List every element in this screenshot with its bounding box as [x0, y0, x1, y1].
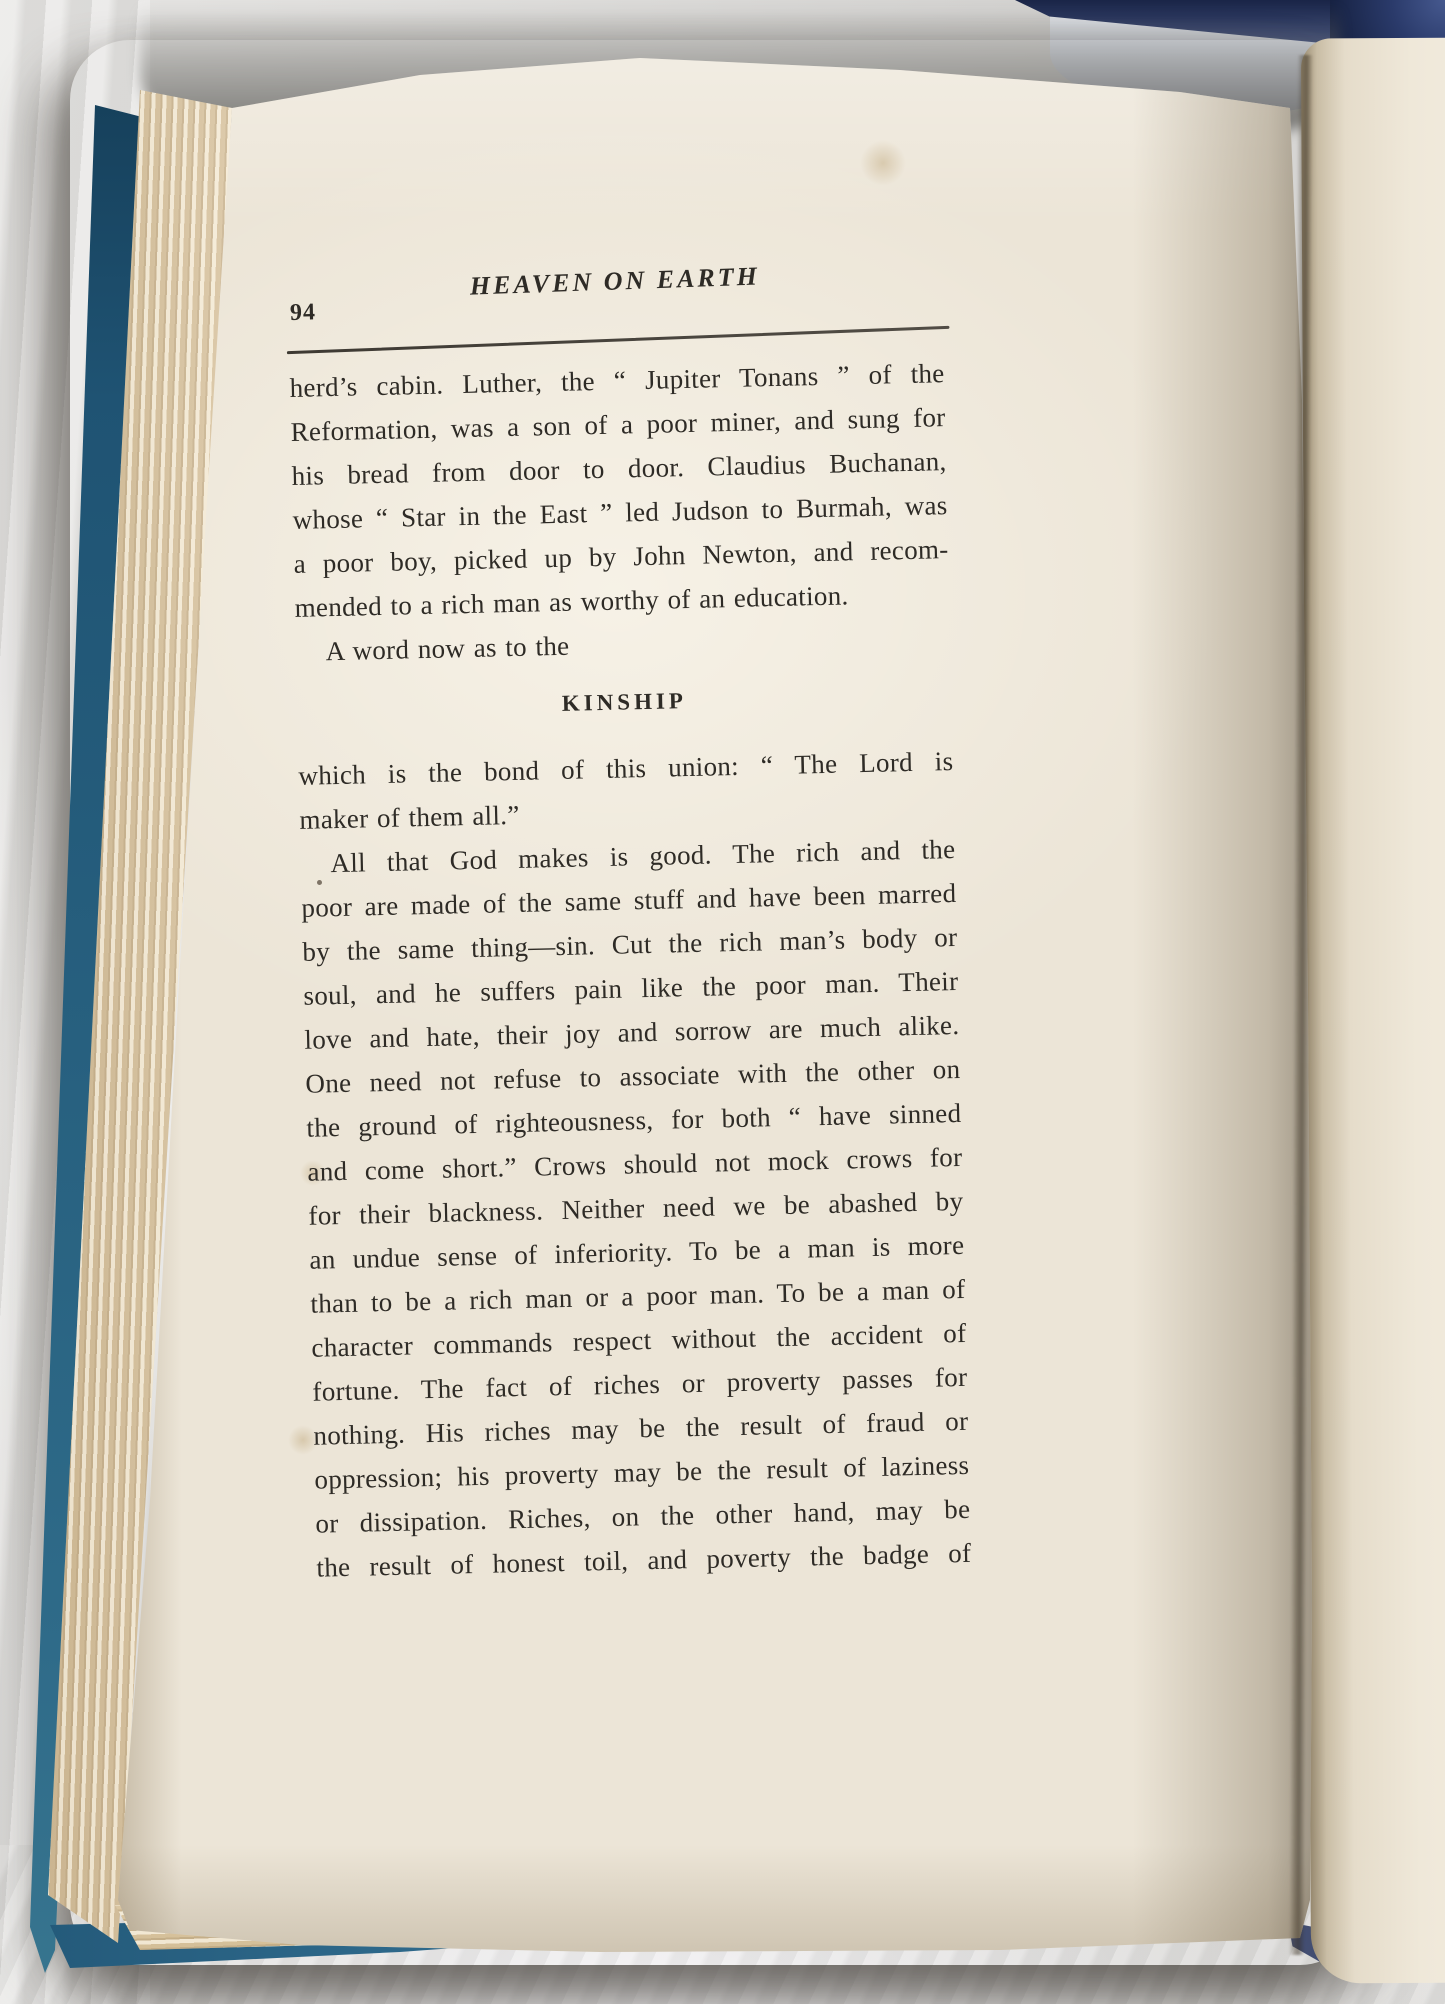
running-head: HEAVEN ON EARTH [287, 255, 943, 308]
section-heading: KINSHIP [296, 673, 952, 732]
header-rule [287, 326, 950, 354]
facing-page-edge [1301, 37, 1445, 1983]
book: 94 HEAVEN ON EARTH herd’s cabin. Luther,… [0, 0, 1445, 2004]
photo-scene: 94 HEAVEN ON EARTH herd’s cabin. Luther,… [0, 0, 1445, 2004]
book-page: 94 HEAVEN ON EARTH herd’s cabin. Luther,… [95, 50, 1330, 1980]
foxing-spot [860, 140, 906, 186]
page-header: 94 HEAVEN ON EARTH [287, 255, 944, 366]
printed-text: 94 HEAVEN ON EARTH herd’s cabin. Luther,… [287, 255, 972, 1590]
